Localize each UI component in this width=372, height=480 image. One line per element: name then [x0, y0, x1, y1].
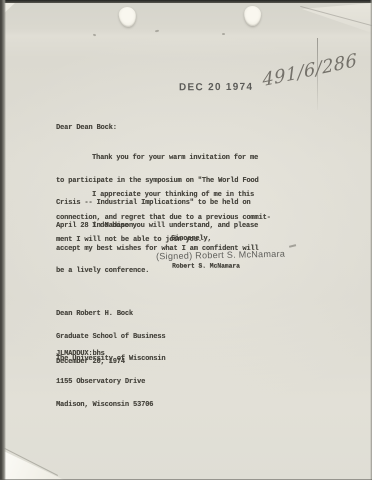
signature-typed-name: Robert S. McNamara [172, 264, 240, 271]
recipient-address-line: Madison, Wisconsin 53706 [56, 402, 165, 410]
scan-edge-top [0, 0, 372, 3]
paper-speck [222, 33, 225, 35]
scanned-letter-page: DEC 20 1974 491/6/286 Dear Dean Bock: Th… [0, 0, 372, 480]
body-line: I appreciate your thinking of me in this [56, 192, 271, 200]
recipient-address-line: Dean Robert H. Bock [56, 311, 165, 319]
closing: Sincerely, [171, 236, 212, 244]
recipient-address-line: Graduate School of Business [56, 334, 165, 342]
recipient-address-line: 1155 Observatory Drive [56, 379, 165, 387]
body-line: Thank you for your warm invitation for m… [56, 155, 259, 163]
typed-date: December 20, 1974 [56, 359, 125, 367]
body-line: I do hope you will understand, and pleas… [56, 223, 259, 231]
salutation: Dear Dean Bock: [56, 125, 117, 133]
received-date-stamp: DEC 20 1974 [179, 82, 253, 94]
scan-edge-left [0, 0, 6, 480]
